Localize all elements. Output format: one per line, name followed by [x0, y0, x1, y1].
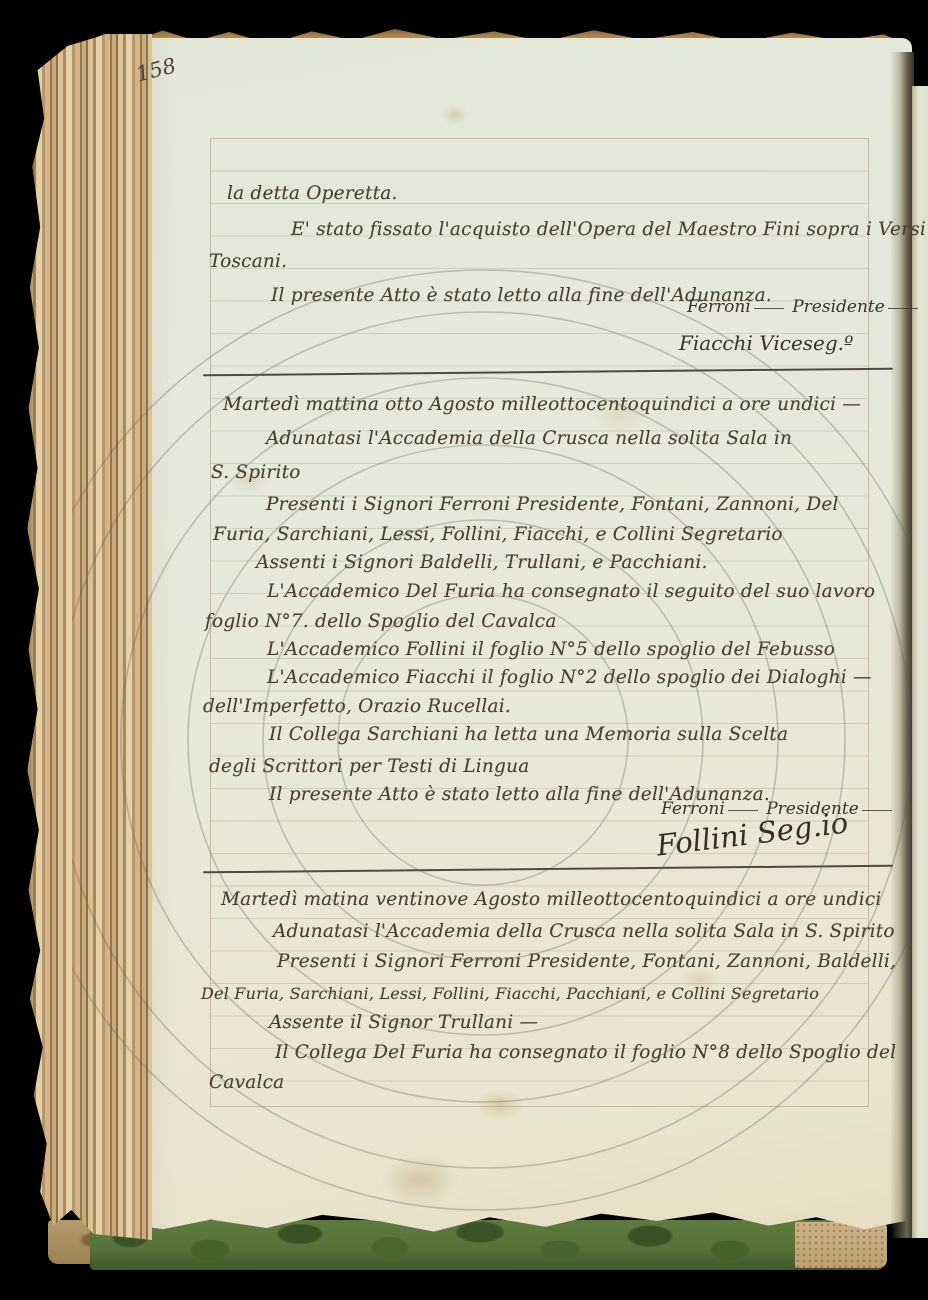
- manuscript-line: S. Spirito: [211, 462, 301, 484]
- flourish: [728, 809, 758, 811]
- manuscript-line: L'Accademico Del Furia ha consegnato il …: [267, 581, 875, 603]
- manuscript-line: Adunatasi l'Accademia della Crusca nella…: [266, 428, 792, 450]
- manuscript-line: Assenti i Signori Baldelli, Trullani, e …: [256, 552, 708, 574]
- next-page-sliver: [912, 86, 928, 1238]
- manuscript-line: Adunatasi l'Accademia della Crusca nella…: [273, 921, 895, 943]
- signature-name: Ferroni: [687, 297, 751, 317]
- manuscript-line: la detta Operetta.: [227, 183, 398, 205]
- book-cover-marbled-band: [90, 1220, 885, 1270]
- flourish: [888, 307, 918, 309]
- signature-name: Fiacchi: [679, 331, 753, 355]
- manuscript-line: Del Furia, Sarchiani, Lessi, Follini, Fi…: [201, 984, 819, 1003]
- manuscript-line: Presenti i Signori Ferroni Presidente, F…: [266, 494, 839, 516]
- manuscript-line: foglio N°7. dello Spoglio del Cavalca: [205, 611, 557, 633]
- ruled-text-frame: la detta Operetta. E' stato fissato l'ac…: [210, 138, 869, 1107]
- manuscript-line: degli Scrittori per Testi di Lingua: [209, 756, 529, 778]
- manuscript-line: Toscani.: [209, 251, 287, 273]
- manuscript-scan: 158 la detta Operetta. E' stato fissato …: [0, 0, 928, 1300]
- manuscript-line: Furia, Sarchiani, Lessi, Follini, Fiacch…: [213, 524, 783, 546]
- manuscript-line: Cavalca: [209, 1072, 284, 1094]
- manuscript-line: Assente il Signor Trullani —: [269, 1012, 538, 1034]
- manuscript-line: Martedì mattina otto Agosto milleottocen…: [223, 394, 861, 416]
- signature-title: Presidente: [792, 297, 885, 317]
- signature-vice-secretary: Fiacchi Viceseg.º: [679, 331, 853, 355]
- book-cover-corner-patch: [795, 1222, 887, 1268]
- manuscript-line: Il Collega Del Furia ha consegnato il fo…: [275, 1042, 896, 1064]
- manuscript-line: L'Accademico Follini il foglio N°5 dello…: [267, 639, 835, 661]
- flourish: [862, 809, 892, 811]
- flourish: [754, 307, 784, 309]
- signature-name: Ferroni: [661, 799, 725, 819]
- manuscript-line: dell'Imperfetto, Orazio Rucellai.: [203, 696, 511, 718]
- manuscript-line: Presenti i Signori Ferroni Presidente, F…: [277, 951, 896, 973]
- manuscript-line: Martedì matina ventinove Agosto milleott…: [221, 889, 882, 911]
- signature-president: Ferroni Presidente: [687, 297, 921, 317]
- manuscript-line: E' stato fissato l'acquisto dell'Opera d…: [291, 219, 926, 241]
- manuscript-line: L'Accademico Fiacchi il foglio N°2 dello…: [267, 667, 872, 689]
- page-stack-edges: [22, 34, 152, 1240]
- manuscript-line: Il Collega Sarchiani ha letta una Memori…: [269, 724, 788, 746]
- signature-title: Viceseg.º: [759, 331, 853, 355]
